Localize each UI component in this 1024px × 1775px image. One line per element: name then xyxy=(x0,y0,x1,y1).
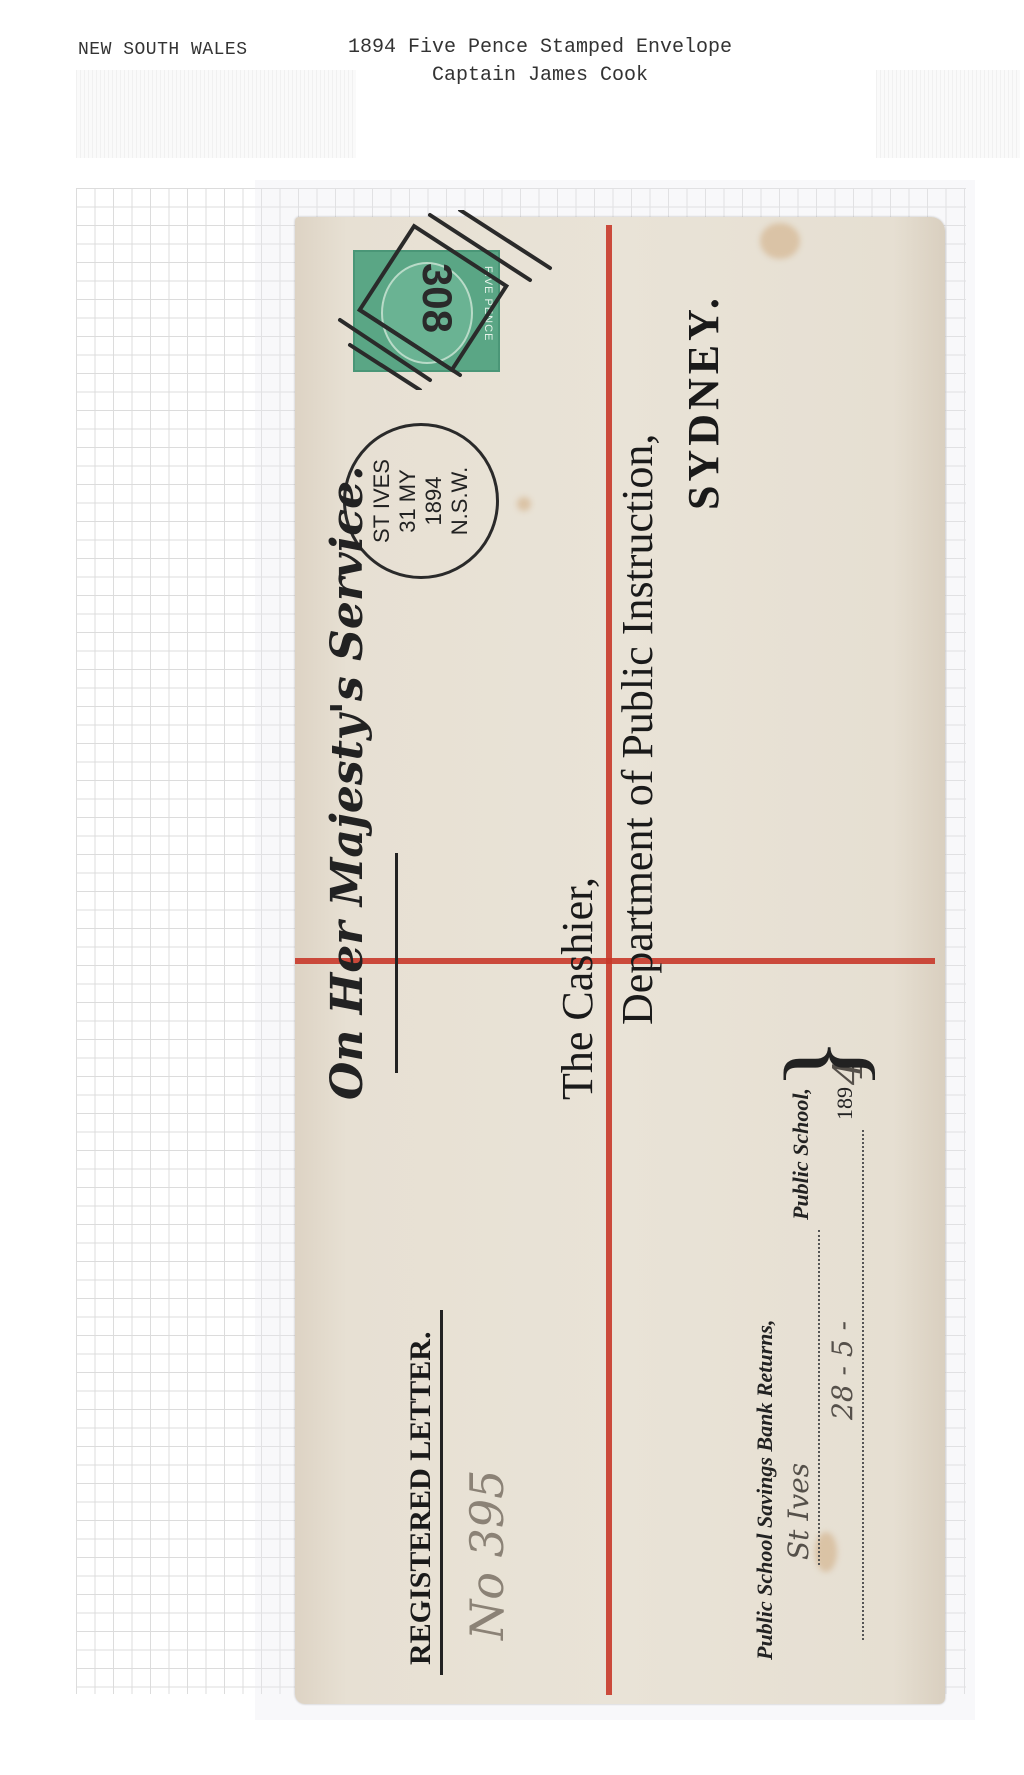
title-line-2: Captain James Cook xyxy=(280,62,800,90)
school-handwritten: St Ives xyxy=(782,1463,815,1560)
registered-underline xyxy=(440,1310,443,1675)
postmark-text: ST IVES 31 MY 1894 N.S.W. xyxy=(369,459,473,543)
country-heading: NEW SOUTH WALES xyxy=(78,40,248,60)
brace-icon: } xyxy=(760,1037,887,1090)
form-line-2: Public School, xyxy=(788,1088,814,1220)
ohms-underline xyxy=(395,853,398,1073)
addressee: The Cashier, xyxy=(552,877,603,1100)
registration-number: No 395 xyxy=(460,1470,514,1640)
date-dotted-line xyxy=(862,1130,864,1640)
svg-text:308: 308 xyxy=(414,263,461,333)
ohms-heading: On Her Majesty's Service. xyxy=(322,466,373,1100)
year-prefix: 189 xyxy=(832,1087,858,1120)
date-handwritten: 28 - 5 - xyxy=(826,1321,859,1420)
department: Department of Public Instruction, xyxy=(612,434,663,1025)
numeral-cancel-icon: 308 xyxy=(320,210,560,390)
registered-letter-label: REGISTERED LETTER. xyxy=(404,1332,438,1665)
city: SYDNEY. xyxy=(678,294,729,510)
school-dotted-line xyxy=(818,1230,820,1565)
title-line-1: 1894 Five Pence Stamped Envelope xyxy=(280,34,800,62)
form-line-1: Public School Savings Bank Returns, xyxy=(752,1320,778,1660)
page-title: 1894 Five Pence Stamped Envelope Captain… xyxy=(280,34,800,90)
